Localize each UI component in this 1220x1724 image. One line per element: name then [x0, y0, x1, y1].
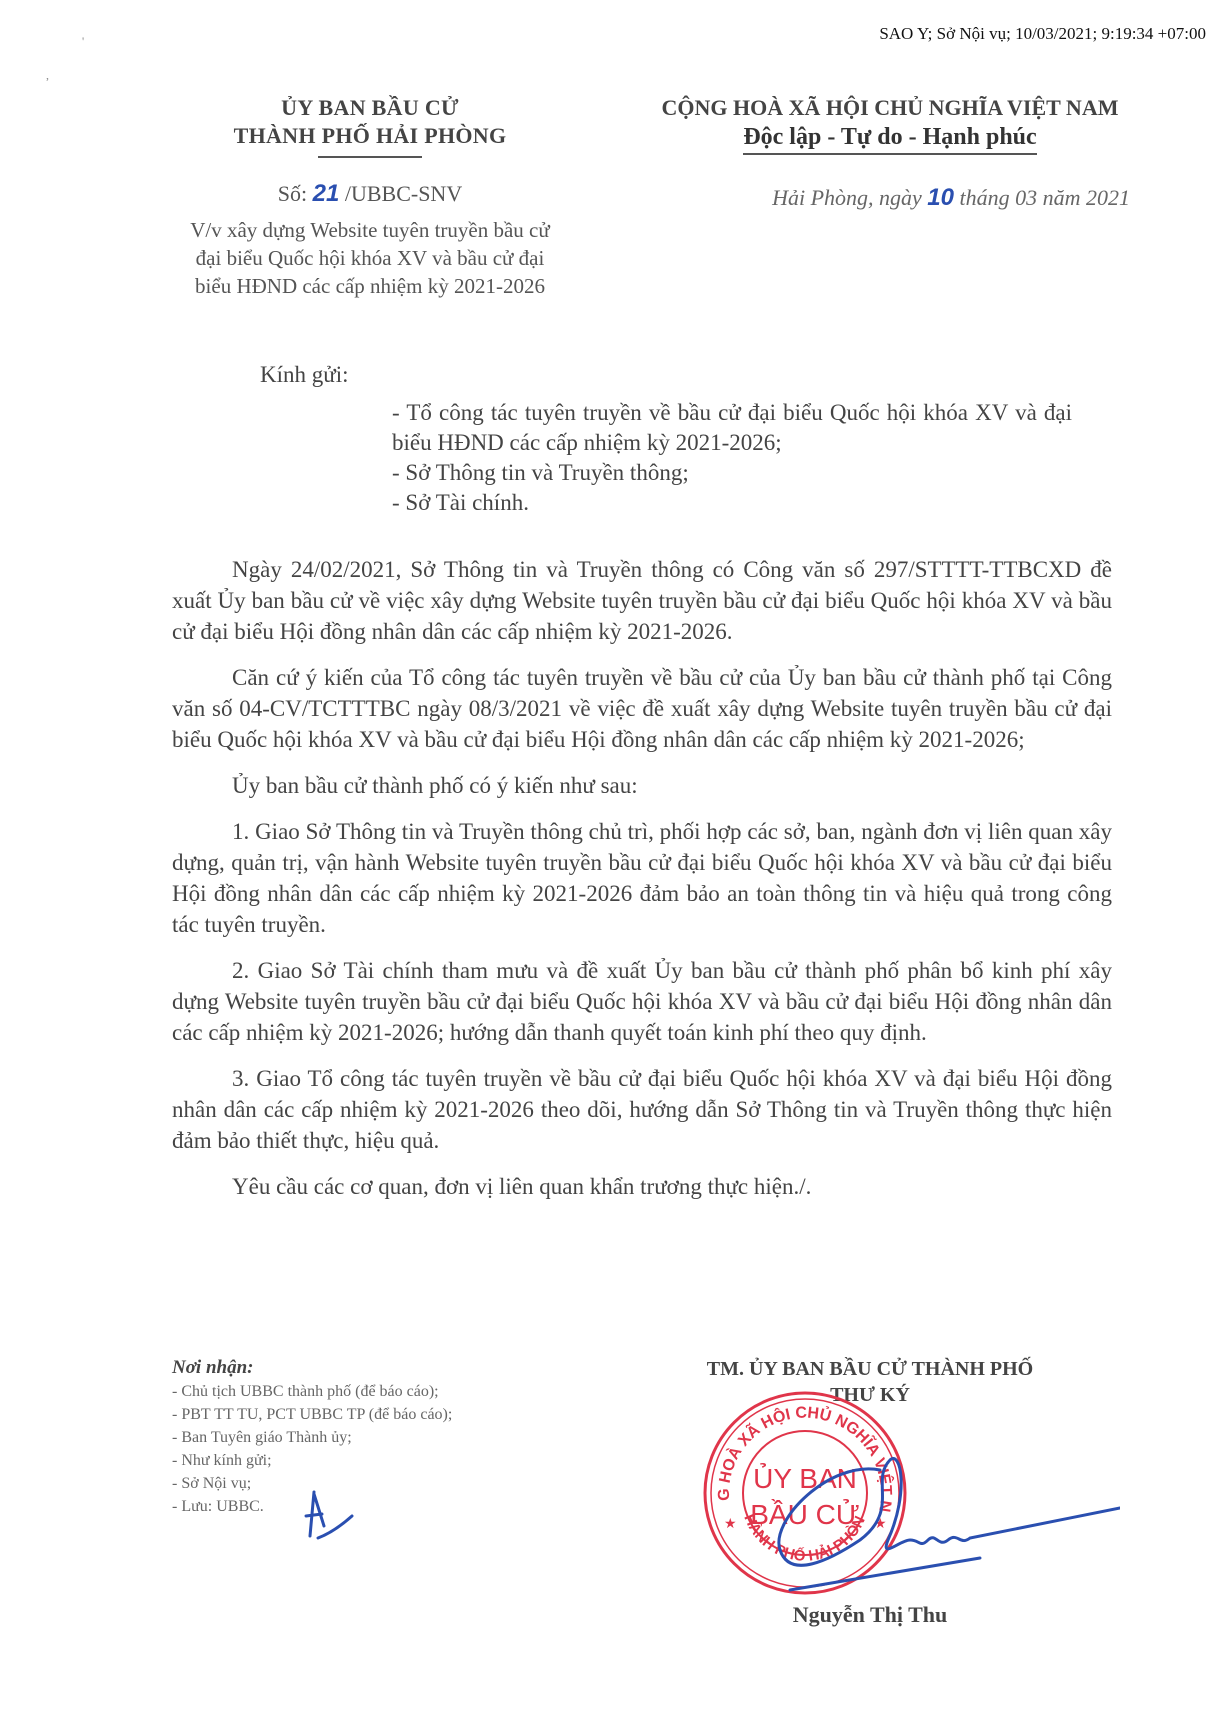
subject-line: biểu HĐND các cấp nhiệm kỳ 2021-2026: [160, 272, 580, 300]
signer-name: Nguyễn Thị Thu: [620, 1602, 1120, 1628]
initials-mark-icon: [300, 1486, 360, 1546]
distribution-item: - Lưu: UBBC.: [172, 1495, 612, 1518]
issuer-underline: [318, 156, 422, 158]
signer-on-behalf: TM. ỦY BAN BẦU CỬ THÀNH PHỐ: [620, 1356, 1120, 1382]
document-number: Số: 21 /UBBC-SNV: [160, 180, 580, 208]
issuer-header: ỦY BAN BẦU CỬ THÀNH PHỐ HẢI PHÒNG: [160, 94, 580, 158]
body-paragraph: 3. Giao Tổ công tác tuyên truyền về bầu …: [172, 1063, 1112, 1156]
distribution-item: - Ban Tuyên giáo Thành ủy;: [172, 1426, 612, 1449]
document-subject: V/v xây dựng Website tuyên truyền bầu cử…: [160, 216, 580, 300]
body-paragraph: 1. Giao Sở Thông tin và Truyền thông chủ…: [172, 816, 1112, 940]
distribution-item: - Sở Nội vụ;: [172, 1472, 612, 1495]
addressee-label: Kính gửi:: [260, 362, 349, 388]
document-number-prefix: Số:: [278, 181, 313, 206]
addressee-list: - Tổ công tác tuyên truyền về bầu cử đại…: [392, 398, 1072, 518]
subject-line: V/v xây dựng Website tuyên truyền bầu cử: [160, 216, 580, 244]
digital-copy-stamp: SAO Y; Sở Nội vụ; 10/03/2021; 9:19:34 +0…: [879, 24, 1206, 44]
document-number-suffix: /UBBC-SNV: [339, 181, 462, 206]
date-suffix: tháng 03 năm 2021: [954, 185, 1130, 210]
document-date: Hải Phòng, ngày 10 tháng 03 năm 2021: [620, 184, 1140, 212]
handwritten-signature-icon: [770, 1440, 1120, 1610]
addressee-item: - Tổ công tác tuyên truyền về bầu cử đại…: [392, 398, 1072, 458]
addressee-item: - Sở Thông tin và Truyền thông;: [392, 458, 1072, 488]
date-day-handwritten: 10: [927, 184, 954, 211]
body-paragraph: Căn cứ ý kiến của Tổ công tác tuyên truy…: [172, 662, 1112, 755]
nation-title: CỘNG HOÀ XÃ HỘI CHỦ NGHĨA VIỆT NAM: [620, 94, 1160, 122]
body-paragraph: Ủy ban bầu cử thành phố có ý kiến như sa…: [172, 770, 1112, 801]
distribution-title: Nơi nhận:: [172, 1356, 612, 1380]
body-paragraph: Yêu cầu các cơ quan, đơn vị liên quan kh…: [172, 1171, 1112, 1202]
subject-line: đại biểu Quốc hội khóa XV và bầu cử đại: [160, 244, 580, 272]
distribution-item: - PBT TT TU, PCT UBBC TP (để báo cáo);: [172, 1403, 612, 1426]
distribution-item: - Như kính gửi;: [172, 1449, 612, 1472]
scan-speck: ,: [46, 68, 49, 83]
body-paragraph: 2. Giao Sở Tài chính tham mưu và đề xuất…: [172, 955, 1112, 1048]
issuer-line-2: THÀNH PHỐ HẢI PHÒNG: [160, 122, 580, 150]
national-motto: Độc lập - Tự do - Hạnh phúc: [743, 122, 1036, 155]
svg-text:★: ★: [724, 1517, 737, 1532]
body-paragraph: Ngày 24/02/2021, Sở Thông tin và Truyền …: [172, 554, 1112, 647]
national-header: CỘNG HOÀ XÃ HỘI CHỦ NGHĨA VIỆT NAM Độc l…: [620, 94, 1160, 155]
scan-speck: ': [82, 34, 84, 49]
distribution-list: Nơi nhận: - Chủ tịch UBBC thành phố (để …: [172, 1356, 612, 1518]
document-body: Ngày 24/02/2021, Sở Thông tin và Truyền …: [172, 554, 1112, 1217]
issuer-line-1: ỦY BAN BẦU CỬ: [160, 94, 580, 122]
date-prefix: Hải Phòng, ngày: [772, 185, 927, 210]
distribution-item: - Chủ tịch UBBC thành phố (để báo cáo);: [172, 1380, 612, 1403]
addressee-item: - Sở Tài chính.: [392, 488, 1072, 518]
document-number-handwritten: 21: [313, 180, 340, 207]
